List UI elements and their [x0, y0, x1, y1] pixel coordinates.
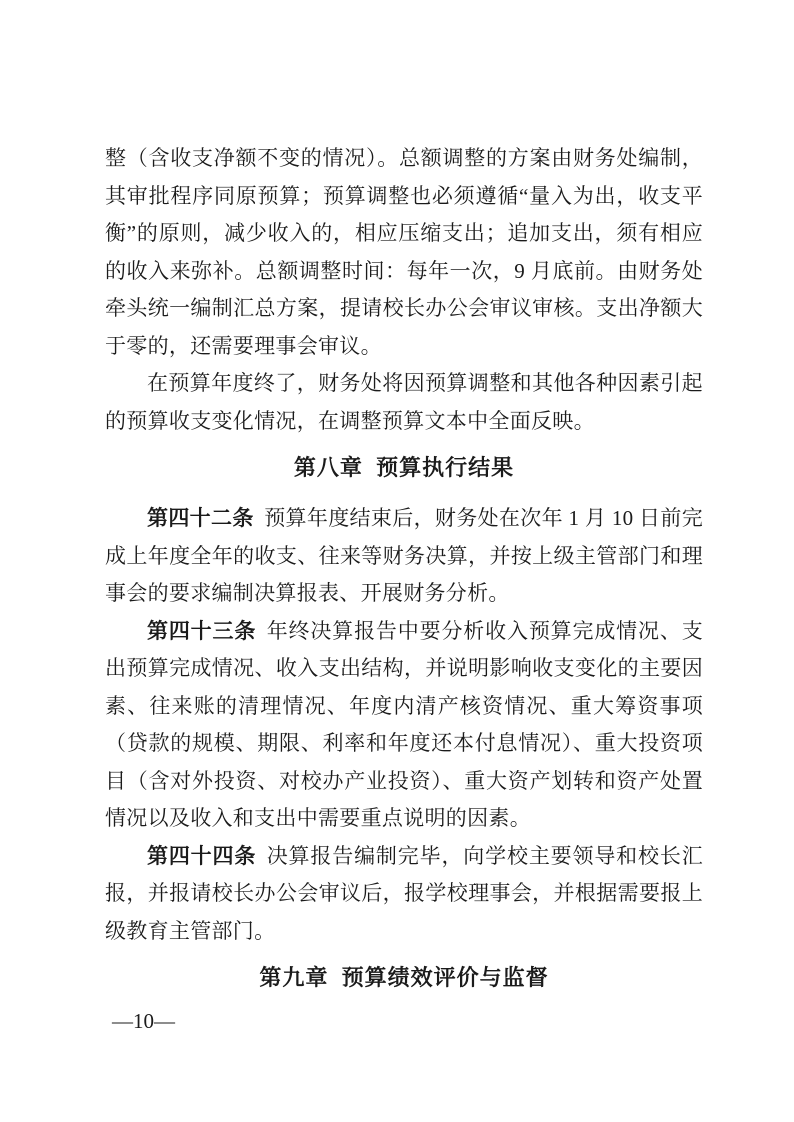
chapter-title: 预算执行结果 [376, 455, 514, 480]
article-43: 第四十三条年终决算报告中要分析收入预算完成情况、支出预算完成情况、收入支出结构，… [105, 613, 703, 838]
article-number: 第四十四条 [147, 844, 256, 868]
article-number: 第四十二条 [147, 506, 254, 530]
chapter-heading-9: 第九章预算绩效评价与监督 [105, 964, 703, 992]
body-paragraph-continued: 整（含收支净额不变的情况）。总额调整的方案由财务处编制，其审批程序同原预算；预算… [105, 140, 703, 365]
page-content: 整（含收支净额不变的情况）。总额调整的方案由财务处编制，其审批程序同原预算；预算… [105, 140, 703, 1010]
chapter-number: 第八章 [294, 455, 363, 480]
chapter-heading-8: 第八章预算执行结果 [105, 454, 703, 482]
page-number: —10— [112, 1006, 175, 1036]
article-text: 年终决算报告中要分析收入预算完成情况、支出预算完成情况、收入支出结构，并说明影响… [105, 619, 703, 831]
article-number: 第四十三条 [147, 619, 256, 643]
chapter-title: 预算绩效评价与监督 [342, 965, 549, 990]
article-42: 第四十二条预算年度结束后，财务处在次年 1 月 10 日前完成上年度全年的收支、… [105, 500, 703, 613]
chapter-number: 第九章 [259, 965, 328, 990]
article-44: 第四十四条决算报告编制完毕，向学校主要领导和校长汇报，并报请校长办公会审议后，报… [105, 838, 703, 951]
document-page: 整（含收支净额不变的情况）。总额调整的方案由财务处编制，其审批程序同原预算；预算… [0, 0, 794, 1122]
body-paragraph: 在预算年度终了，财务处将因预算调整和其他各种因素引起的预算收支变化情况，在调整预… [105, 365, 703, 440]
